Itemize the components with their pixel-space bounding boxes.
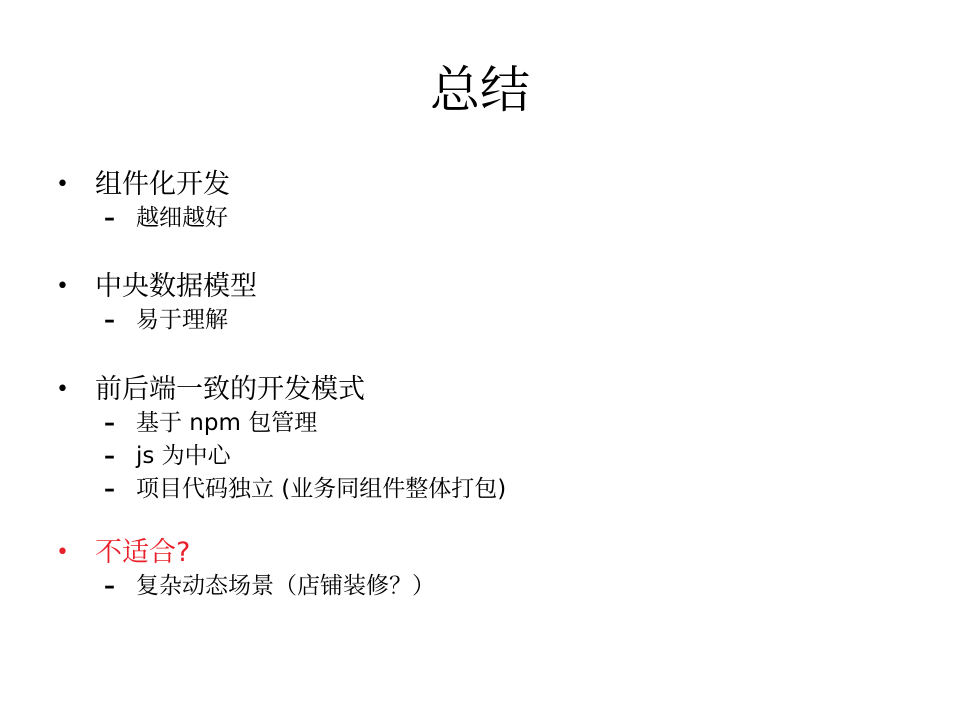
sub-bullet-text: 复杂动态场景（店铺装修？） bbox=[136, 570, 435, 603]
sub-bullet-text: 越细越好 bbox=[136, 202, 228, 235]
dash-icon: – bbox=[104, 202, 115, 235]
dash-icon: – bbox=[104, 440, 115, 473]
bullet-text: 中央数据模型 bbox=[95, 270, 257, 304]
bullet-text: 组件化开发 bbox=[95, 168, 230, 202]
slide: 总结 • 组件化开发 – 越细越好 • 中央数据模型 – 易于理解 • 前后端一… bbox=[0, 0, 960, 720]
bullet-text: 不适合? bbox=[95, 536, 190, 570]
bullet-text: 前后端一致的开发模式 bbox=[95, 373, 365, 407]
sub-bullet-text: js 为中心 bbox=[136, 440, 231, 473]
dash-icon: – bbox=[104, 570, 115, 603]
sub-bullet-text: 易于理解 bbox=[136, 304, 228, 337]
bullet-icon: • bbox=[56, 168, 76, 202]
dash-icon: – bbox=[104, 407, 115, 440]
bullet-icon: • bbox=[56, 270, 76, 304]
dash-icon: – bbox=[104, 473, 115, 506]
slide-title: 总结 bbox=[0, 58, 960, 122]
sub-bullet-text: 项目代码独立 (业务同组件整体打包) bbox=[136, 473, 506, 506]
bullet-icon: • bbox=[56, 373, 76, 407]
bullet-icon: • bbox=[56, 536, 76, 570]
sub-bullet-text: 基于 npm 包管理 bbox=[136, 407, 317, 440]
dash-icon: – bbox=[104, 304, 115, 337]
